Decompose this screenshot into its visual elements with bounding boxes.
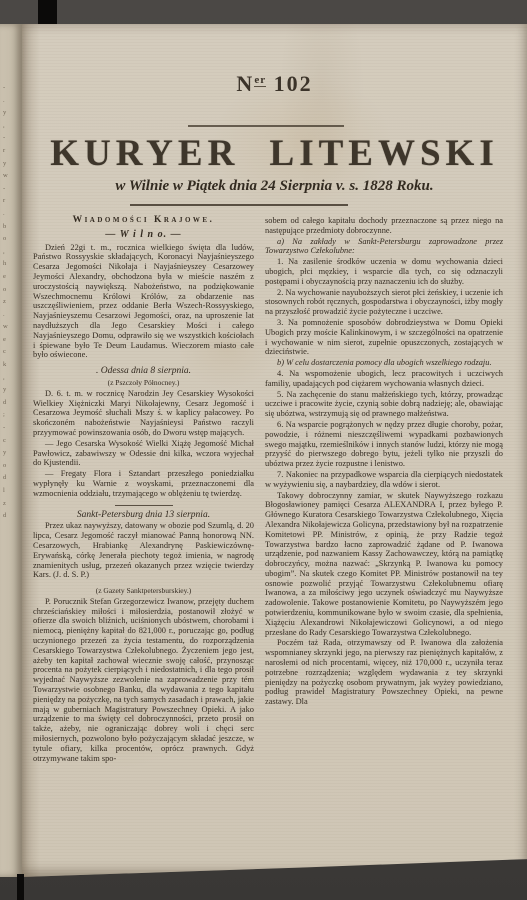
paragraph-petersburg-1: Przez ukaz naywyższy, datowany w obozie … [33,521,254,580]
masthead-rule-top [188,125,344,127]
list-item-2: 2. Na wychowanie nayuboższych sierot płc… [265,288,503,317]
issue-superscript: er [254,74,266,87]
left-column: Wiadomości Krajowe. — W i l n o. — Dzień… [33,216,254,763]
paragraph-continuation: sobem od całego kapitału dochody przezna… [265,216,503,236]
list-item-6: 6. Na wsparcie pogrążonych w nędzy przez… [265,420,503,469]
list-item-7: 7. Nakoniec na przypadkowe wsparcia dla … [265,470,503,490]
newspaper-page: Ner 102 KURYER LITEWSKI w Wilnie w Piąte… [22,24,527,877]
list-item-3: 3. Na pomnożenie sposobów dobrodzieystwa… [265,318,503,357]
list-item-5: 5. Na zachęcenie do stanu małżeńskiego t… [265,390,503,419]
section-header-domestic-news: Wiadomości Krajowe. [33,216,254,226]
list-item-1: 1. Na zasilenie środków uczenia w domu w… [265,257,503,286]
issue-prefix: N [236,71,254,96]
article-header-petersburg: Sankt-Petersburg dnia 13 sierpnia. [33,511,254,521]
scanner-black-tab-bottom [17,874,24,900]
paragraph-odessa-3: — Fregaty Flora i Sztandart przeszłego p… [33,469,254,498]
article-source-odessa: (z Pszczoły Północney.) [33,378,254,388]
paragraph-petersburg-2: P. Porucznik Stefan Grzegorzewicz Iwanow… [33,597,254,764]
scanned-newspaper-screenshot: { "masthead": { "issue_prefix": "N", "is… [0,0,527,900]
issue-number-value: 102 [274,71,313,96]
issue-number: Ner 102 [22,71,527,97]
section-divider-rule [115,505,173,506]
dateline: w Wilnie w Piątek dnia 24 Sierpnia v. s.… [22,178,527,195]
list-heading-a: a) Na zakłady w Sankt-Petersburgu zaprow… [265,237,503,257]
adjacent-page-edge: - . y , - r y w - r . b o , h e o z . w … [0,24,22,877]
article-header-odessa: . Odessa dnia 8 sierpnia. [33,367,254,377]
place-header-wilno: — W i l n o. — [33,230,254,240]
adjacent-page-text-fragments: - . y , - r y w - r . b o , h e o z . w … [3,82,17,523]
right-column: sobem od całego kapitału dochody przezna… [265,216,503,707]
paragraph-odessa-2: — Jego Cesarska Wysokość Wielki Xiążę Je… [33,439,254,468]
article-source-gazette: (z Gazety Sanktpetersburskiey.) [33,586,254,596]
paragraph-odessa-1: D. 6. t. m. w rocznicę Narodzin Jey Cesa… [33,389,254,438]
masthead-rule-bottom [130,204,348,206]
scanner-black-tab-top [38,0,57,26]
paragraph-takowy: Takowy dobroczynny zamiar, w skutek Nayw… [265,491,503,638]
paragraph-poczem: Poczém taż Rada, otrzymawszy od P. Iwano… [265,638,503,707]
list-item-4: 4. Na wspomożenie ubogich, lecz pracowit… [265,369,503,389]
newspaper-title: KURYER LITEWSKI [22,134,527,174]
list-heading-b: b) W celu dostarczenia pomocy dla ubogic… [265,358,503,368]
paragraph-wilno: Dzień 22gi t. m., rocznica wielkiego świ… [33,243,254,361]
